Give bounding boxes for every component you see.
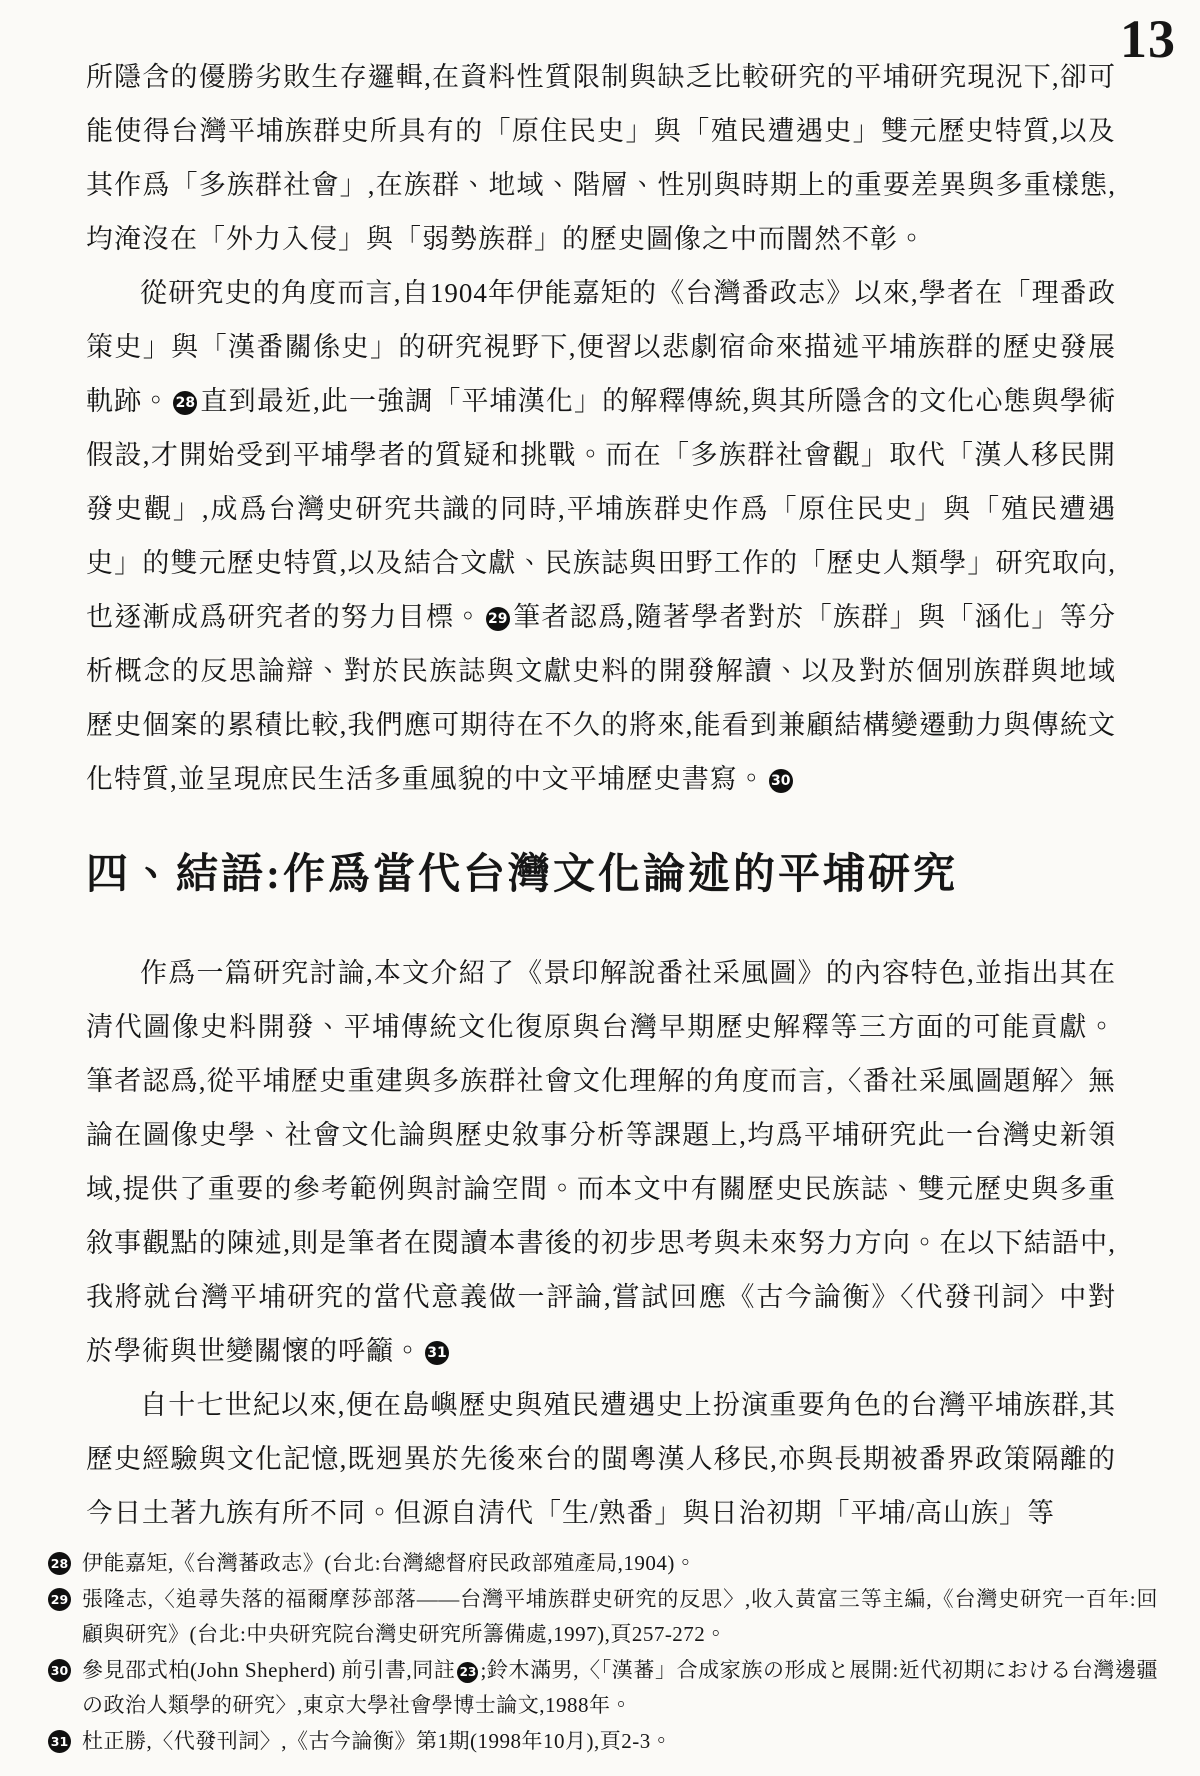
footnote-number: 30 [48, 1659, 71, 1682]
section-heading: 四、結語:作爲當代台灣文化論述的平埔研究 [86, 846, 1116, 904]
footnote-ref-29: 29 [486, 607, 510, 631]
footnote-ref-28: 28 [173, 391, 197, 415]
footnote-item: 31杜正勝,〈代發刊詞〉,《古今論衡》第1期(1998年10月),頁2-3。 [48, 1724, 1158, 1759]
page-content: 所隱含的優勝劣敗生存邏輯,在資料性質限制與缺乏比較研究的平埔研究現況下,卻可能使… [86, 50, 1116, 1540]
scanned-paper-page: { "page_number": "13", "heading": { "tex… [0, 0, 1200, 1776]
footnote-number: 28 [48, 1552, 71, 1575]
page-number: 13 [1120, 8, 1176, 70]
text-run: 所隱含的優勝劣敗生存邏輯,在資料性質限制與缺乏比較研究的平埔研究現況下,卻可能使… [86, 62, 1116, 254]
body-text-conclusion: 作爲一篇研究討論,本文介紹了《景印解說番社采風圖》的內容特色,並指出其在清代圖像… [86, 946, 1116, 1540]
text-run: 杜正勝,〈代發刊詞〉,《古今論衡》第1期(1998年10月),頁2-3。 [82, 1729, 672, 1753]
body-text-intro: 所隱含的優勝劣敗生存邏輯,在資料性質限制與缺乏比較研究的平埔研究現況下,卻可能使… [86, 50, 1116, 806]
footnotes: 28伊能嘉矩,《台灣蕃政志》(台北:台灣總督府民政部殖產局,1904)。29張隆… [48, 1546, 1158, 1760]
footnote-text: 參見邵式柏(John Shepherd) 前引書,同註23;鈴木滿男,〈「漢蕃」… [82, 1658, 1158, 1717]
footnote-text: 張隆志,〈追尋失落的福爾摩莎部落——台灣平埔族群史研究的反思〉,收入黃富三等主編… [82, 1587, 1158, 1646]
text-run: 參見邵式柏(John Shepherd) 前引書,同註 [82, 1658, 455, 1682]
body-paragraph: 所隱含的優勝劣敗生存邏輯,在資料性質限制與缺乏比較研究的平埔研究現況下,卻可能使… [86, 50, 1116, 266]
footnote-text: 杜正勝,〈代發刊詞〉,《古今論衡》第1期(1998年10月),頁2-3。 [82, 1729, 672, 1753]
footnote-item: 30參見邵式柏(John Shepherd) 前引書,同註23;鈴木滿男,〈「漢… [48, 1653, 1158, 1723]
footnote-text: 伊能嘉矩,《台灣蕃政志》(台北:台灣總督府民政部殖產局,1904)。 [82, 1551, 696, 1575]
text-run: 直到最近,此一強調「平埔漢化」的解釋傳統,與其所隱含的文化心態與學術假設,才開始… [86, 386, 1116, 632]
footnote-ref-31: 31 [425, 1341, 449, 1365]
body-paragraph: 作爲一篇研究討論,本文介紹了《景印解說番社采風圖》的內容特色,並指出其在清代圖像… [86, 946, 1116, 1378]
footnote-number: 29 [48, 1588, 71, 1611]
footnote-ref-23: 23 [457, 1662, 478, 1683]
text-run: 作爲一篇研究討論,本文介紹了《景印解說番社采風圖》的內容特色,並指出其在清代圖像… [86, 958, 1116, 1366]
text-run: 伊能嘉矩,《台灣蕃政志》(台北:台灣總督府民政部殖產局,1904)。 [82, 1551, 696, 1575]
body-paragraph: 從研究史的角度而言,自1904年伊能嘉矩的《台灣番政志》以來,學者在「理番政策史… [86, 266, 1116, 806]
footnote-item: 28伊能嘉矩,《台灣蕃政志》(台北:台灣總督府民政部殖產局,1904)。 [48, 1546, 1158, 1581]
footnote-item: 29張隆志,〈追尋失落的福爾摩莎部落——台灣平埔族群史研究的反思〉,收入黃富三等… [48, 1582, 1158, 1652]
text-run: 張隆志,〈追尋失落的福爾摩莎部落——台灣平埔族群史研究的反思〉,收入黃富三等主編… [82, 1587, 1158, 1646]
text-run: 自十七世紀以來,便在島嶼歷史與殖民遭遇史上扮演重要角色的台灣平埔族群,其歷史經驗… [86, 1390, 1116, 1528]
footnote-ref-30: 30 [769, 769, 793, 793]
footnote-number: 31 [48, 1730, 71, 1753]
body-paragraph: 自十七世紀以來,便在島嶼歷史與殖民遭遇史上扮演重要角色的台灣平埔族群,其歷史經驗… [86, 1378, 1116, 1540]
